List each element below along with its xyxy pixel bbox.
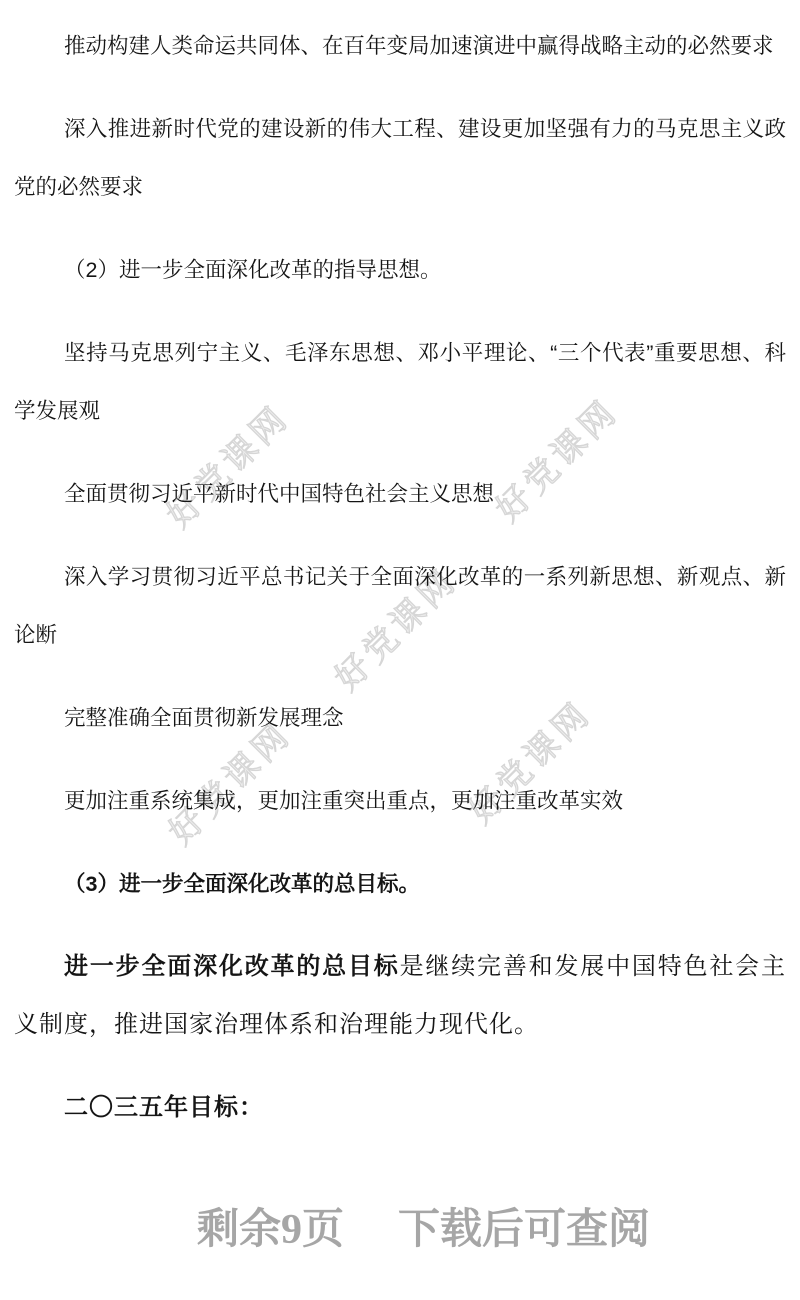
preview-notice: 剩余9页下载后可查阅 xyxy=(197,1196,650,1256)
paragraph: 坚持马克思列宁主义、毛泽东思想、邓小平理论、“三个代表”重要思想、科学发展观 xyxy=(14,324,786,440)
paragraph: 深入推进新时代党的建设新的伟大工程、建设更加坚强有力的马克思主义政党的必然要求 xyxy=(14,100,786,216)
paragraph-numbered-2: （2）进一步全面深化改革的指导思想。 xyxy=(14,241,786,299)
paragraph-bold-lead: 进一步全面深化改革的总目标 xyxy=(64,953,400,980)
paragraph-year-goal-heading: 二〇三五年目标： xyxy=(14,1079,786,1137)
paragraph: 更加注重系统集成，更加注重突出重点，更加注重改革实效 xyxy=(14,772,786,830)
paragraph: 推动构建人类命运共同体、在百年变局加速演进中赢得战略主动的必然要求 xyxy=(14,17,786,75)
remaining-pages-label: 剩余9页 xyxy=(197,1207,344,1253)
paragraph-total-goal: 进一步全面深化改革的总目标是继续完善和发展中国特色社会主义制度，推进国家治理体系… xyxy=(14,938,786,1054)
paragraph: 全面贯彻习近平新时代中国特色社会主义思想 xyxy=(14,465,786,523)
paragraph: 完整准确全面贯彻新发展理念 xyxy=(14,689,786,747)
paragraph-heading-numbered-3: （3）进一步全面深化改革的总目标。 xyxy=(14,855,786,913)
paragraph: 深入学习贯彻习近平总书记关于全面深化改革的一系列新思想、新观点、新论断 xyxy=(14,548,786,664)
download-hint-label: 下载后可查阅 xyxy=(398,1207,650,1253)
document-page: 好党课网 好党课网 好党课网 好党课网 好党课网 推动构建人类命运共同体、在百年… xyxy=(0,0,800,1300)
document-content: 推动构建人类命运共同体、在百年变局加速演进中赢得战略主动的必然要求 深入推进新时… xyxy=(0,0,800,1137)
